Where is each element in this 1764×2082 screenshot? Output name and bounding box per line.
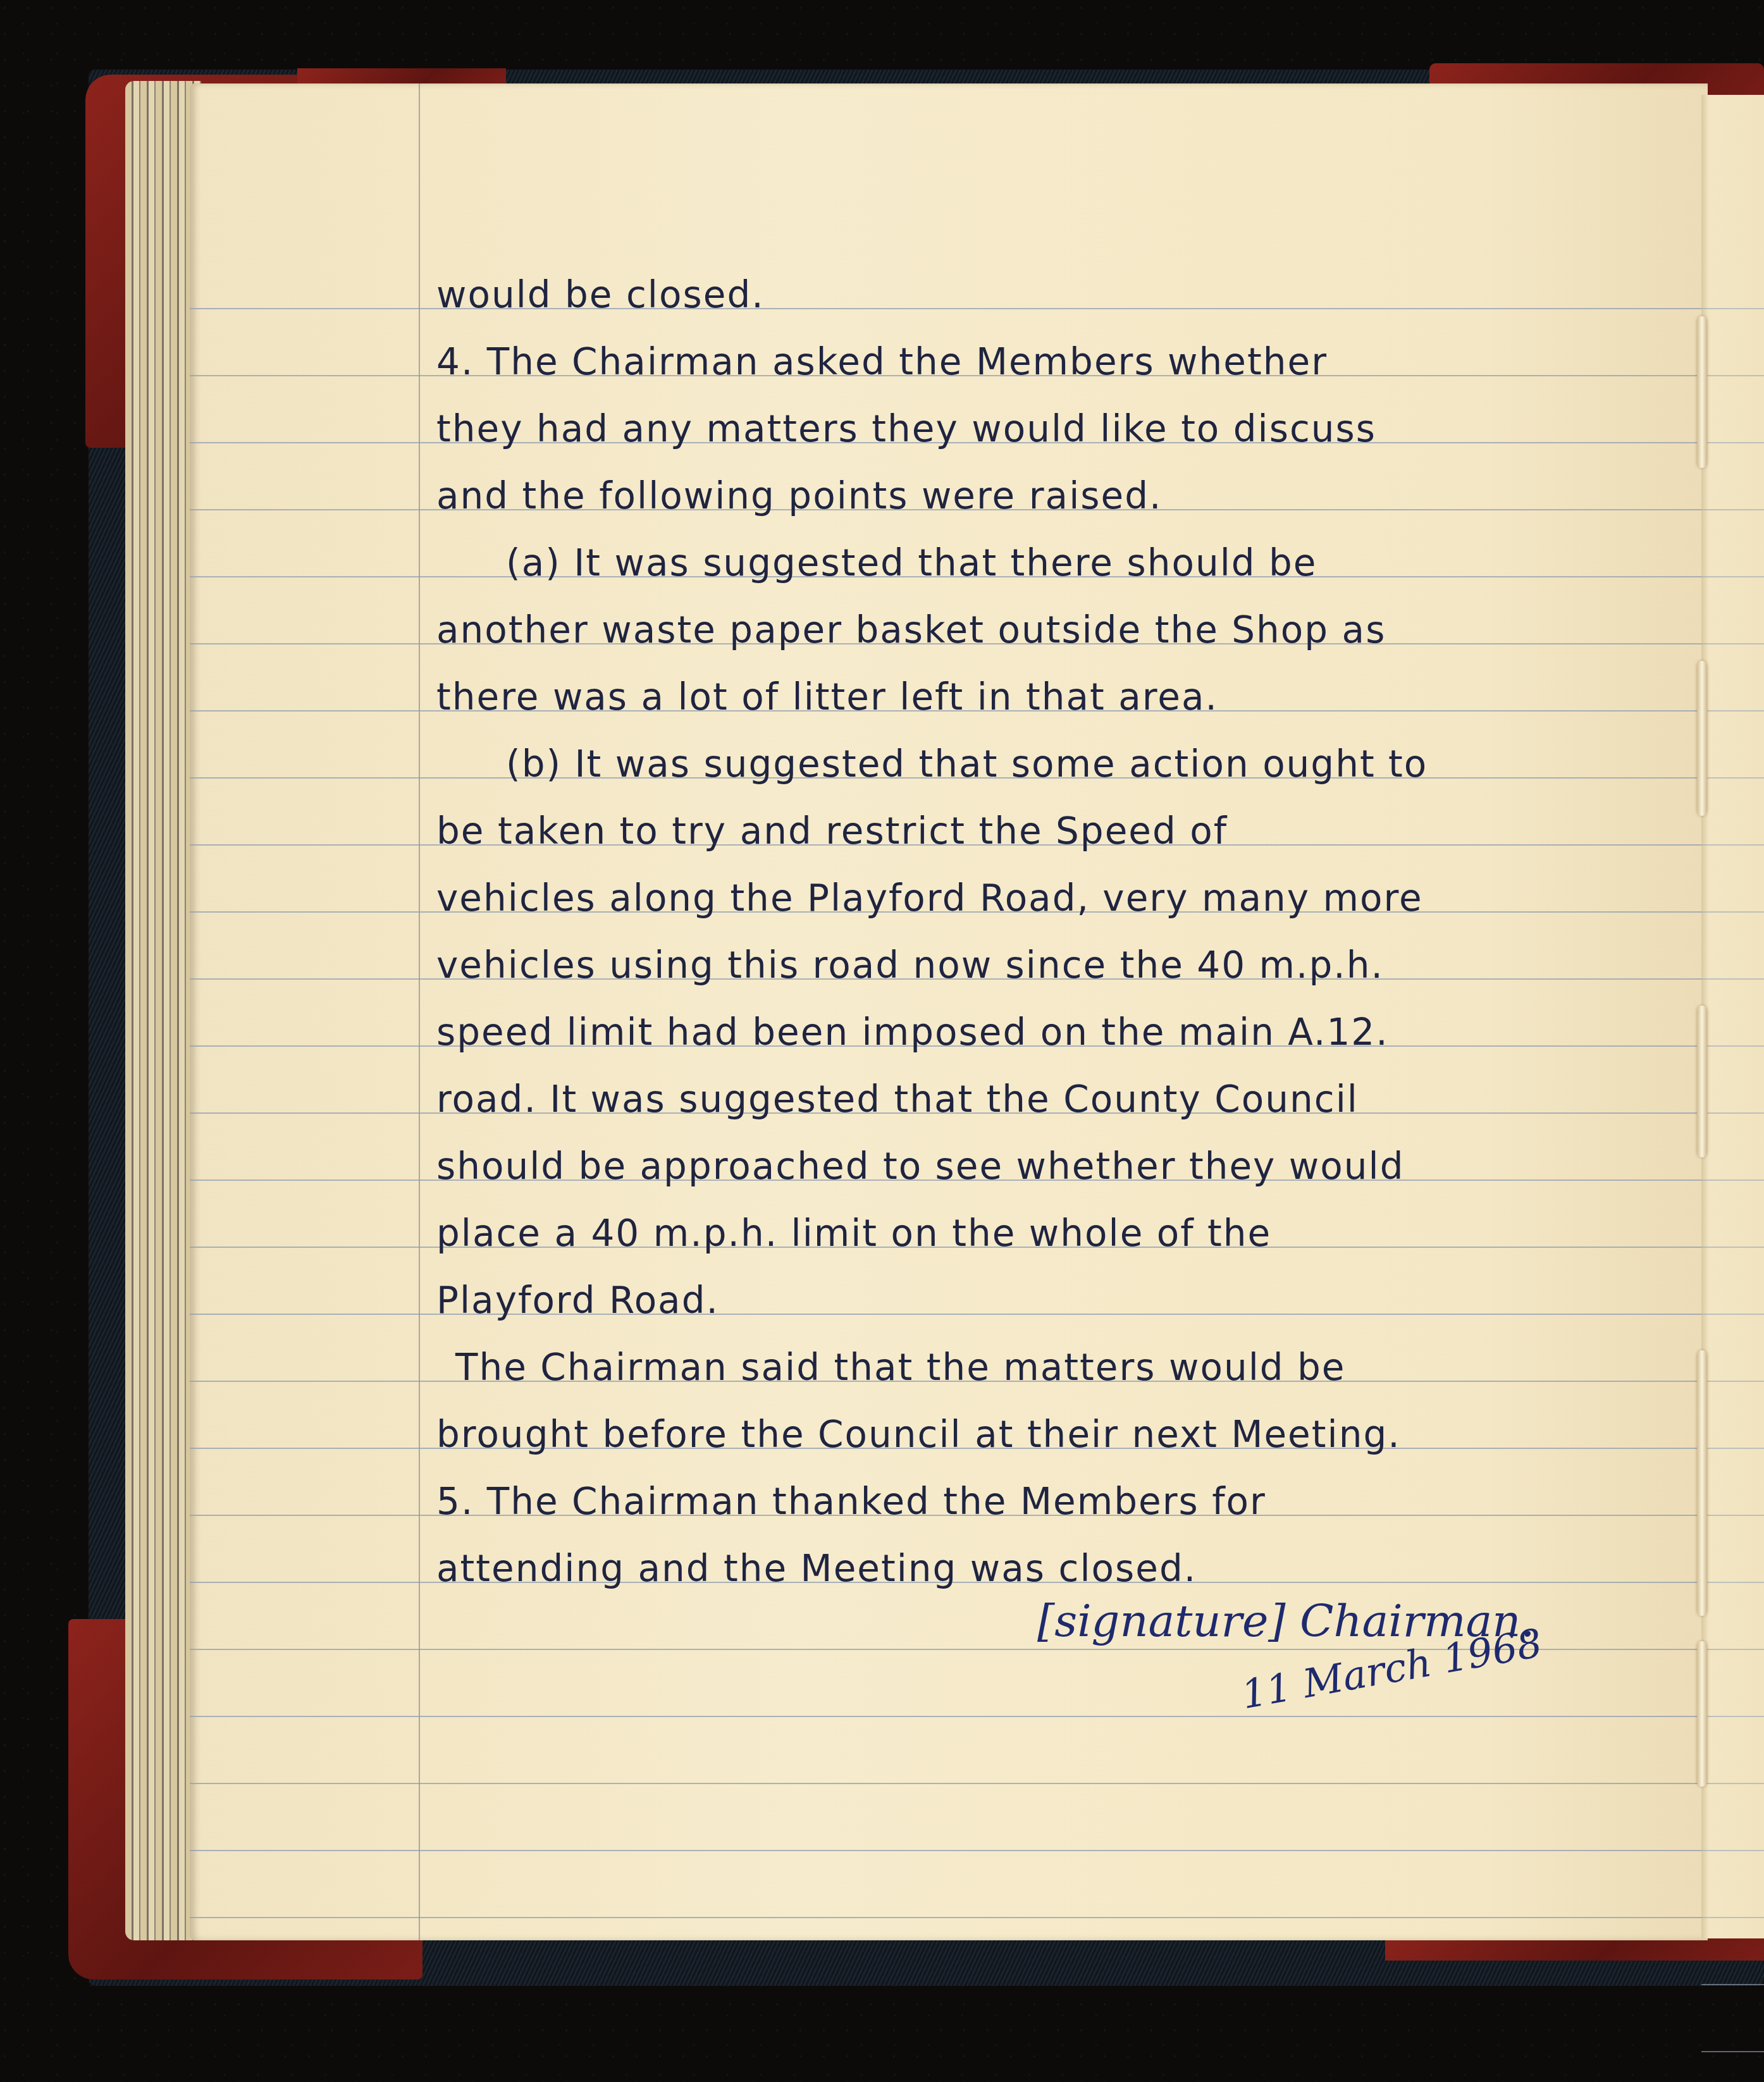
text-line: The Chairman said that the matters would…: [455, 1346, 1346, 1389]
ruled-line: [1701, 1582, 1764, 1583]
ruled-line: [1701, 777, 1764, 779]
ruled-line: [1701, 911, 1764, 913]
ruled-line: [1701, 1448, 1764, 1449]
ruled-line: [1701, 643, 1764, 644]
ruled-line: [1701, 1515, 1764, 1516]
text-line: road. It was suggested that the County C…: [436, 1078, 1359, 1121]
text-line: they had any matters they would like to …: [436, 407, 1376, 450]
ruled-line: [1701, 509, 1764, 510]
text-line: another waste paper basket outside the S…: [436, 608, 1386, 651]
notebook-page: would be closed. 4. The Chairman asked t…: [190, 83, 1708, 1940]
ruled-line: [1701, 1850, 1764, 1851]
text-line: and the following points were raised.: [436, 474, 1162, 517]
margin-line: [419, 83, 420, 1940]
binding-stitch: [1697, 1350, 1707, 1616]
ruled-line: [1701, 1984, 1764, 1985]
ruled-line: [1701, 1716, 1764, 1717]
text-line: place a 40 m.p.h. limit on the whole of …: [436, 1212, 1271, 1255]
ruled-line: [1701, 844, 1764, 846]
text-line: 5. The Chairman thanked the Members for: [436, 1480, 1266, 1523]
text-line: there was a lot of litter left in that a…: [436, 675, 1218, 718]
text-line: (a) It was suggested that there should b…: [506, 541, 1317, 584]
ruled-line: [1701, 1314, 1764, 1315]
text-line: be taken to try and restrict the Speed o…: [436, 810, 1228, 853]
binding-stitch: [1697, 1641, 1707, 1787]
ruled-line: [1701, 1247, 1764, 1248]
ruled-line: [1701, 710, 1764, 711]
ruled-line: [1701, 1649, 1764, 1650]
ruled-line: [1701, 308, 1764, 309]
text-line: vehicles using this road now since the 4…: [436, 944, 1384, 987]
text-line: brought before the Council at their next…: [436, 1413, 1401, 1456]
ruled-line: [1701, 1180, 1764, 1181]
text-line: 4. The Chairman asked the Members whethe…: [436, 340, 1328, 383]
text-line: vehicles along the Playford Road, very m…: [436, 877, 1423, 920]
ruled-line: [1701, 1917, 1764, 1918]
binding-stitch: [1697, 1006, 1707, 1157]
ruled-line: [1701, 2051, 1764, 2052]
binding-stitch: [1697, 661, 1707, 816]
text-line: speed limit had been imposed on the main…: [436, 1011, 1389, 1054]
ruled-line: [1701, 576, 1764, 577]
opposite-page-gutter: [1701, 95, 1764, 1938]
ruled-line: [1701, 442, 1764, 443]
text-line: attending and the Meeting was closed.: [436, 1547, 1197, 1590]
ruled-line: [1701, 1381, 1764, 1382]
ruled-line: [1701, 1783, 1764, 1784]
ruled-line: [1701, 375, 1764, 376]
text-line: would be closed.: [436, 273, 765, 316]
binding-stitch: [1697, 316, 1707, 468]
text-line: Playford Road.: [436, 1279, 719, 1322]
ruled-line: [1701, 1045, 1764, 1047]
text-line: should be approached to see whether they…: [436, 1145, 1404, 1188]
ruled-line: [1701, 1112, 1764, 1114]
text-line: (b) It was suggested that some action ou…: [506, 742, 1428, 785]
ruled-line: [1701, 978, 1764, 980]
